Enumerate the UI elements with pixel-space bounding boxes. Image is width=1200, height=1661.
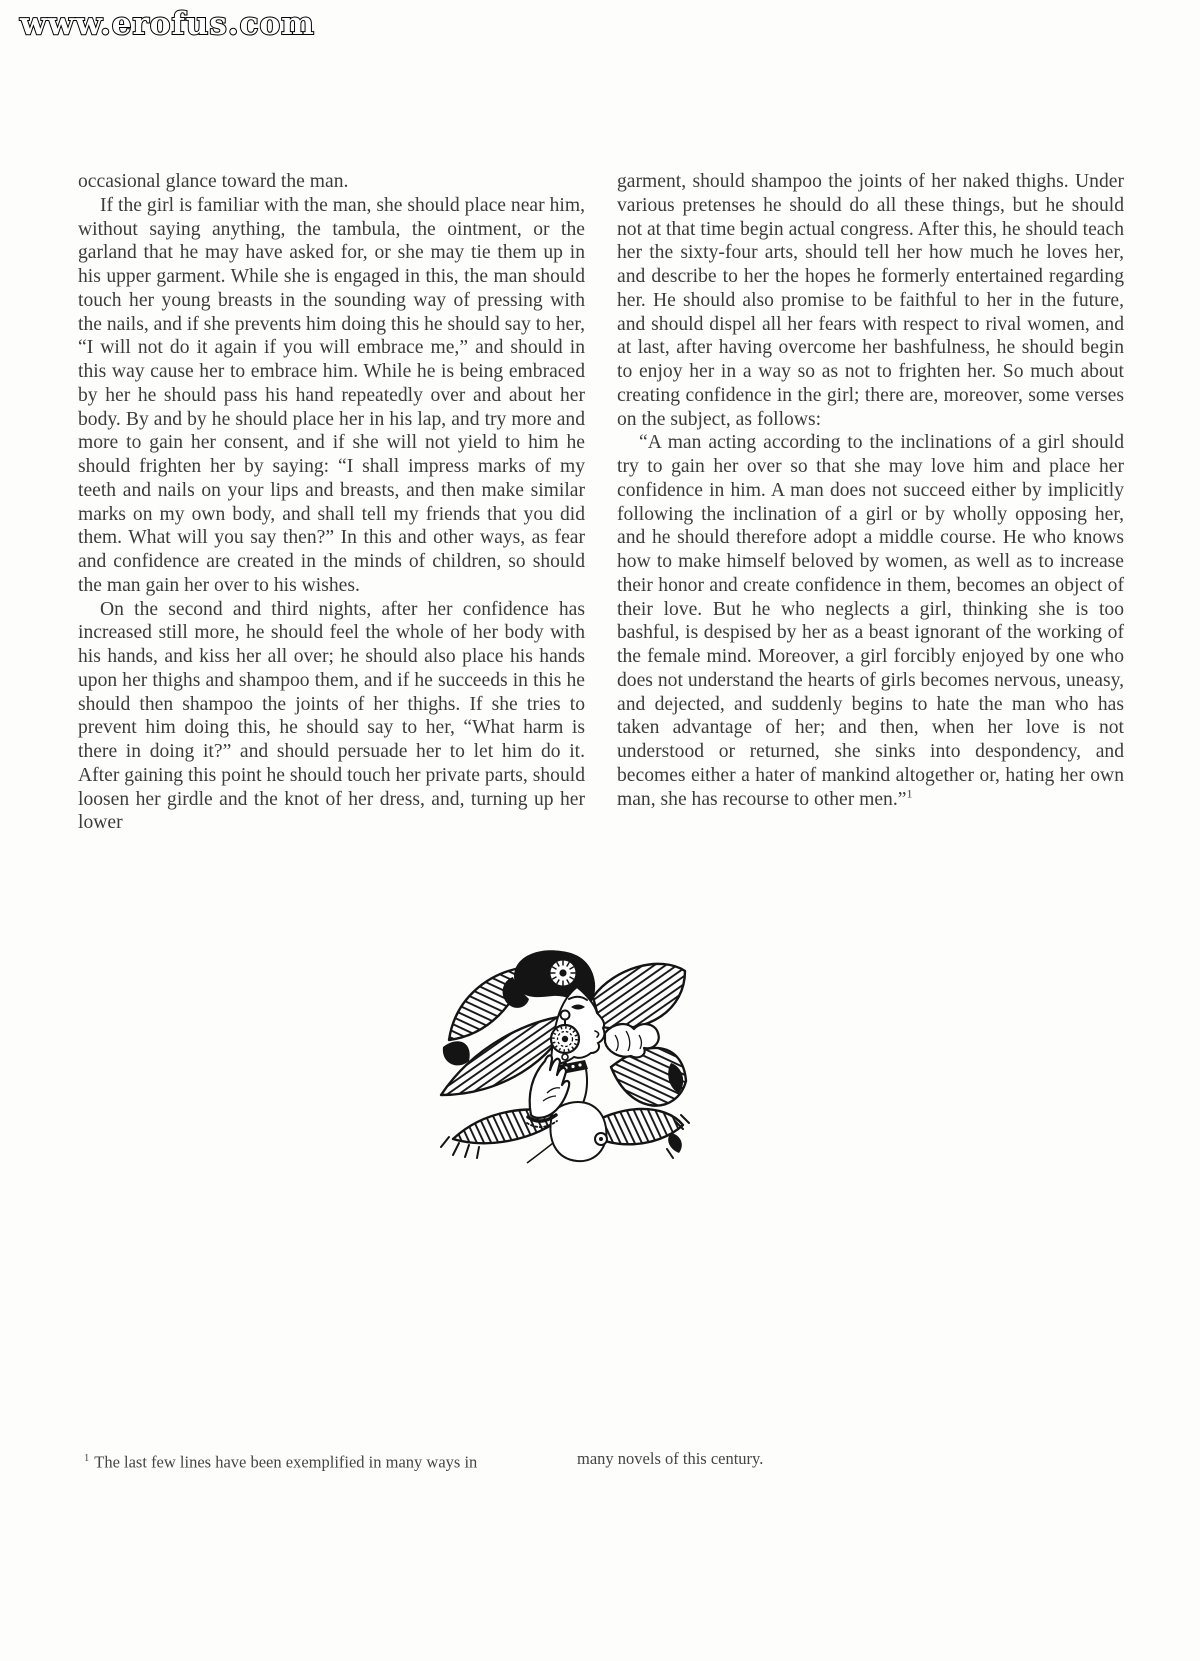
paragraph: garment, should shampoo the joints of he… [617,170,1124,431]
paragraph: “A man acting according to the inclinati… [617,431,1124,811]
footnote-left-part: 1The last few lines have been exemplifie… [84,1448,477,1474]
paragraph: occasional glance toward the man. [78,170,585,194]
two-column-body-text: occasional glance toward the man. If the… [78,170,1124,835]
woman-and-leaves-drawing [435,943,690,1168]
paragraph: If the girl is familiar with the man, sh… [78,194,585,598]
book-page: { "page": { "watermark": "www.erofus.com… [0,0,1200,1661]
paragraph: On the second and third nights, after he… [78,598,585,836]
footnote-marker: 1 [84,1453,89,1464]
right-column: garment, should shampoo the joints of he… [617,170,1124,835]
left-column: occasional glance toward the man. If the… [78,170,585,835]
footnote-marker: 1 [906,786,912,800]
watermark-text: www.erofus.com [20,6,315,42]
footnote-right-part: many novels of this century. [577,1448,763,1470]
ink-illustration [435,943,690,1168]
